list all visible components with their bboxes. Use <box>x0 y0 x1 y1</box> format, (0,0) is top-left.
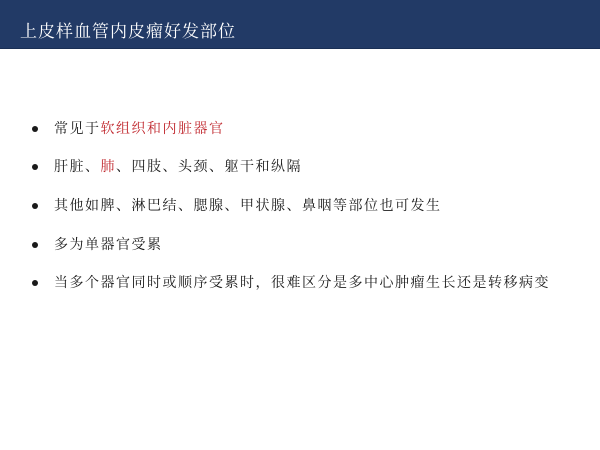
bullet-segment: 肝脏、 <box>54 159 101 175</box>
bullet-segment-highlight: 软组织和内脏器官 <box>101 121 225 137</box>
title-bar: 上皮样血管内皮瘤好发部位 <box>0 0 600 49</box>
bullet-dot-icon <box>32 242 38 248</box>
bullet-dot-icon <box>32 280 38 286</box>
bullet-text: 当多个器官同时或顺序受累时，很难区分是多中心肿瘤生长还是转移病变 <box>54 273 552 293</box>
slide-title: 上皮样血管内皮瘤好发部位 <box>20 22 236 42</box>
bullet-text: 其他如脾、淋巴结、腮腺、甲状腺、鼻咽等部位也可发生 <box>54 196 552 216</box>
bullet-segment: 多为单器官受累 <box>54 237 163 253</box>
bullet-item-single-organ: 多为单器官受累 <box>32 235 552 255</box>
bullet-segment: 其他如脾、淋巴结、腮腺、甲状腺、鼻咽等部位也可发生 <box>54 198 442 214</box>
bullet-dot-icon <box>32 164 38 170</box>
bullet-item-organs: 肝脏、肺、四肢、头颈、躯干和纵隔 <box>32 157 552 177</box>
bullet-segment: 、四肢、头颈、躯干和纵隔 <box>116 159 302 175</box>
bullet-dot-icon <box>32 203 38 209</box>
bullet-item-soft-tissue: 常见于软组织和内脏器官 <box>32 119 552 139</box>
bullet-segment: 当多个器官同时或顺序受累时，很难区分是多中心肿瘤生长还是转移病变 <box>54 275 550 291</box>
bullet-text: 常见于软组织和内脏器官 <box>54 119 552 139</box>
bullet-item-multi-organ: 当多个器官同时或顺序受累时，很难区分是多中心肿瘤生长还是转移病变 <box>32 273 552 293</box>
slide: 上皮样血管内皮瘤好发部位 常见于软组织和内脏器官 肝脏、肺、四肢、头颈、躯干和纵… <box>0 0 600 450</box>
bullet-dot-icon <box>32 126 38 132</box>
bullet-segment-highlight: 肺 <box>101 159 117 175</box>
bullet-text: 多为单器官受累 <box>54 235 552 255</box>
bullet-segment: 常见于 <box>54 121 101 137</box>
bullet-text: 肝脏、肺、四肢、头颈、躯干和纵隔 <box>54 157 552 177</box>
bullet-item-other-sites: 其他如脾、淋巴结、腮腺、甲状腺、鼻咽等部位也可发生 <box>32 196 552 216</box>
